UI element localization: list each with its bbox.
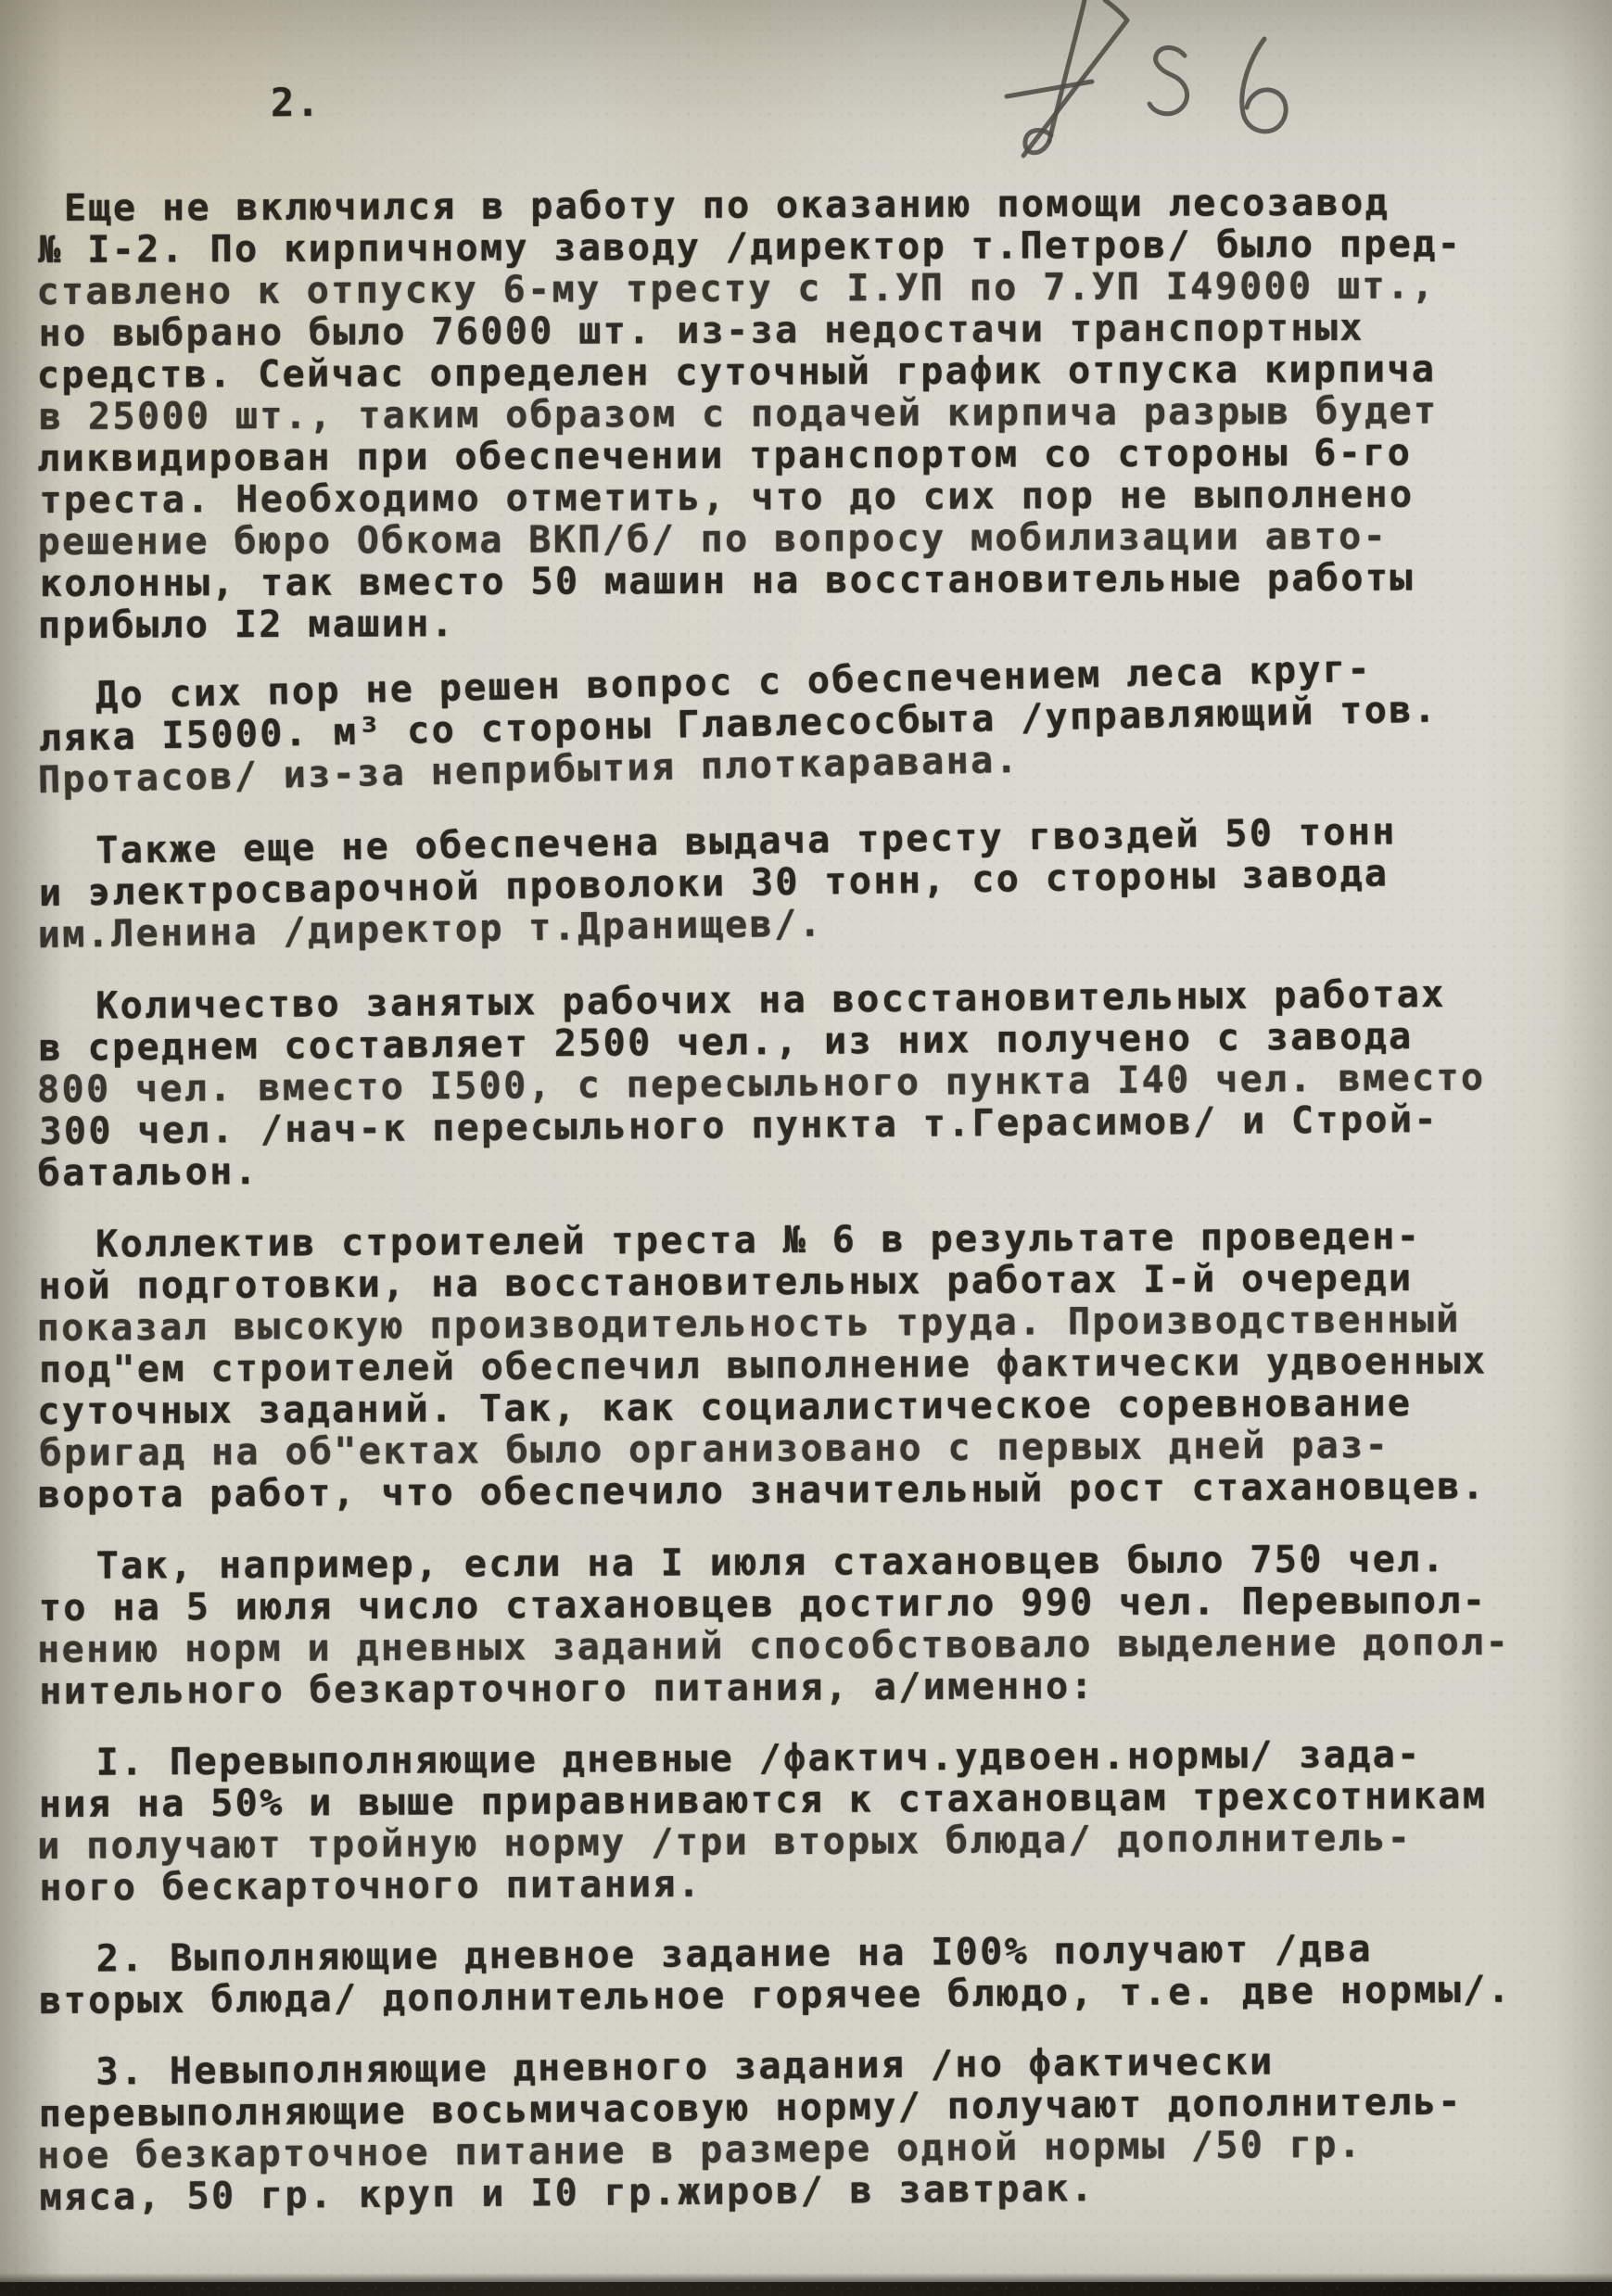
document-body: Еще не включился в работу по оказанию по… <box>37 188 1578 2249</box>
text-line: ного бескарточного питания. <box>39 1858 1580 1909</box>
handwritten-digit-6 <box>1242 39 1286 132</box>
paragraph: I. Перевыполняющие дневные /фактич.удвое… <box>36 1733 1578 1909</box>
handwritten-strokes-svg <box>946 0 1344 190</box>
text-line: в 25000 шт., таким образом с подачей кир… <box>39 390 1580 438</box>
photo-edge-shadow <box>0 2282 1612 2296</box>
paragraph: Количество занятых рабочих на восстанови… <box>36 973 1579 1195</box>
paragraph: Так, например, если на I июля стахановце… <box>37 1538 1579 1713</box>
paragraph: 3. Невыполняющие дневного задания /но фа… <box>36 2039 1579 2219</box>
text-line: колонны, так вместо 50 машин на восстано… <box>40 557 1580 605</box>
text-line: нительного безкарточного питания, а/имен… <box>39 1663 1580 1713</box>
paragraph: Также еще не обеспечена выдача тресту гв… <box>36 808 1579 957</box>
paragraph: 2. Выполняющие дневное задание на I00% п… <box>37 1927 1579 2023</box>
paragraph: До сих пор не решен вопрос с обеспечение… <box>36 644 1579 802</box>
page-number: 2. <box>271 82 322 124</box>
paragraph: Еще не включился в работу по оказанию по… <box>36 182 1579 647</box>
handwritten-annotation <box>946 0 1344 190</box>
text-line: прибыло I2 машин. <box>38 599 1579 647</box>
paragraph: Коллектив строителей треста № 6 в резуль… <box>36 1215 1579 1516</box>
handwritten-digit-5 <box>1149 47 1187 113</box>
strike-through-slash <box>1023 0 1127 156</box>
scanned-document-page: 2. Еще не включился в работу по оказанию… <box>0 0 1612 2296</box>
text-line: но выбрано было 76000 шт. из-за недостач… <box>39 307 1580 355</box>
crossed-out-mark-stroke <box>1049 0 1085 141</box>
